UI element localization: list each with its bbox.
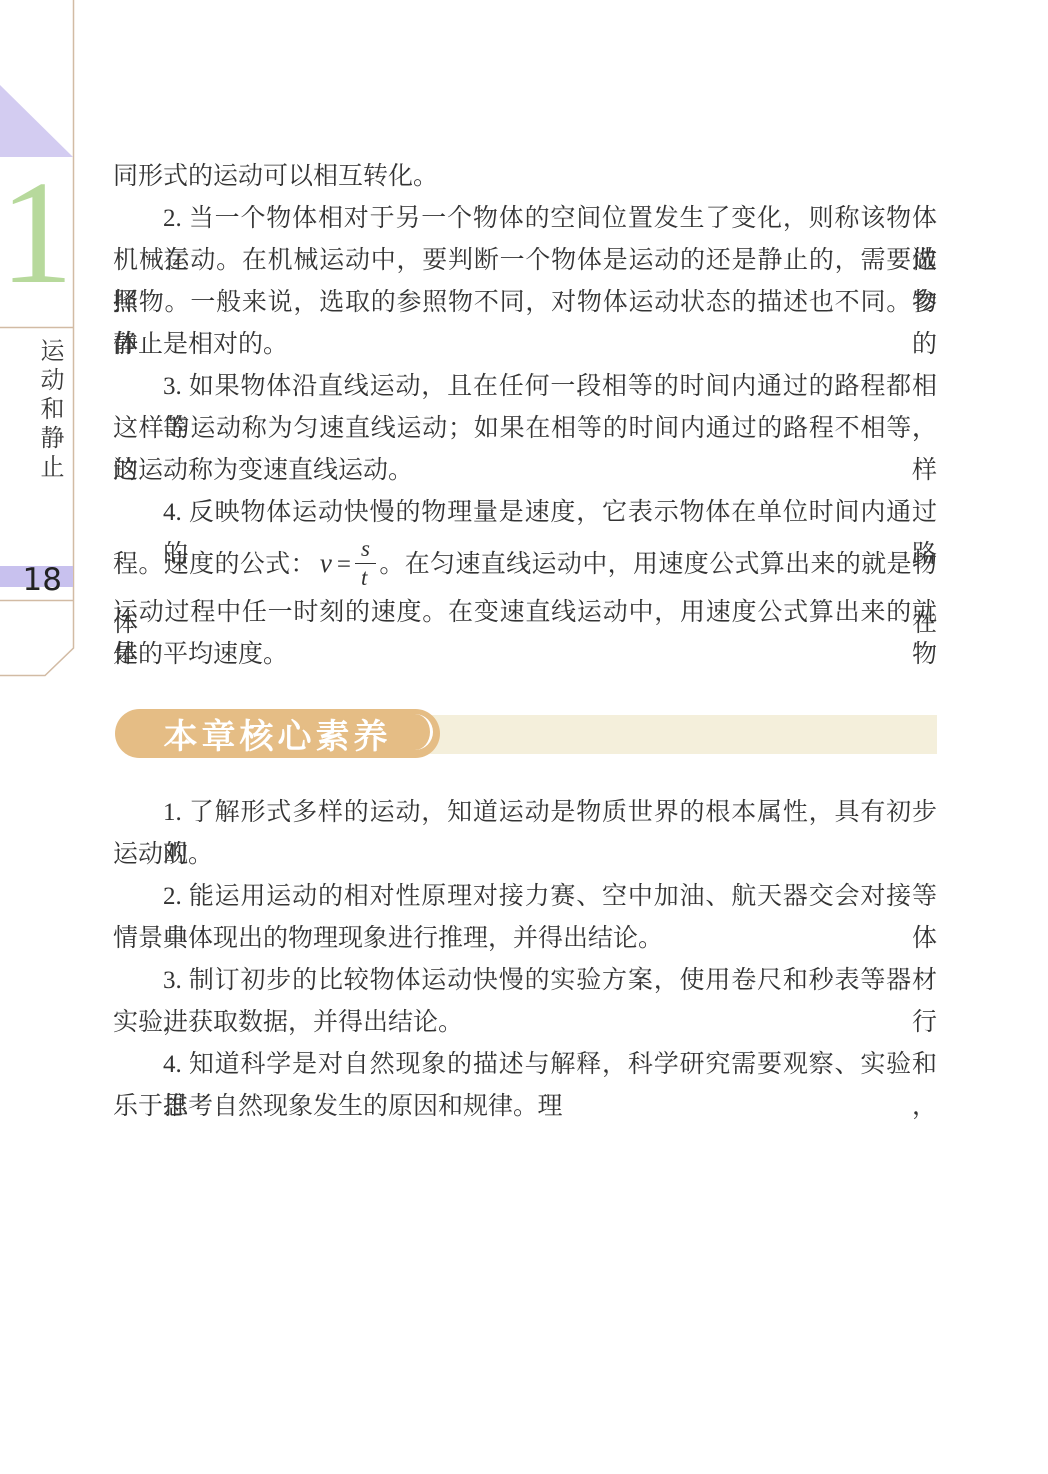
- list-item-line: 2. 能运用运动的相对性原理对接力赛、空中加油、航天器交会对接等具体: [113, 876, 937, 918]
- fraction-numerator: s: [355, 538, 376, 564]
- page-number: 18: [0, 563, 62, 597]
- formula-fraction: st: [355, 538, 376, 589]
- list-item-line: 4. 知道科学是对自然现象的描述与解释，科学研究需要观察、实验和推理，: [113, 1044, 937, 1086]
- chapter-title-text: 运动和静止: [32, 338, 67, 498]
- formula-pre-text: 程。速度的公式：: [113, 551, 316, 578]
- paragraph-line: 照物。一般来说，选取的参照物不同，对物体运动状态的描述也不同。物体的: [113, 282, 937, 324]
- formula-equals: =: [337, 551, 351, 578]
- paragraph-line: 3. 如果物体沿直线运动，且在任何一段相等的时间内通过的路程都相等，: [113, 366, 937, 408]
- paragraph-line: 这样的运动称为匀速直线运动；如果在相等的时间内通过的路程不相等，这样: [113, 408, 937, 450]
- paragraph-line: 2. 当一个物体相对于另一个物体的空间位置发生了变化，则称该物体在做: [113, 198, 937, 240]
- banner-arc-decoration: [375, 714, 433, 750]
- chapter-title-vertical: 运动和静止: [0, 338, 73, 498]
- paragraph-line-formula: 程。速度的公式：v=st。在匀速直线运动中，用速度公式算出来的就是物体在: [113, 534, 937, 592]
- paragraph-line: 4. 反映物体运动快慢的物理量是速度，它表示物体在单位时间内通过的路: [113, 492, 937, 534]
- paragraph-line: 机械运动。在机械运动中，要判断一个物体是运动的还是静止的，需要选择参: [113, 240, 937, 282]
- list-item-line: 1. 了解形式多样的运动，知道运动是物质世界的根本属性，具有初步的: [113, 792, 937, 834]
- textbook-page: { "sidebar": { "chapter_number": "1", "c…: [0, 0, 1048, 1474]
- list-item-line: 运动观。: [113, 834, 937, 876]
- list-item-line: 3. 制订初步的比较物体运动快慢的实验方案，使用卷尺和秒表等器材进行: [113, 960, 937, 1002]
- fraction-denominator: t: [355, 564, 376, 589]
- section-banner: 本章核心素养: [115, 709, 440, 758]
- paragraph-line: 同形式的运动可以相互转化。: [113, 156, 937, 198]
- competency-list: 1. 了解形式多样的运动，知道运动是物质世界的根本属性，具有初步的 运动观。 2…: [113, 792, 937, 1128]
- paragraph-line: 运动过程中任一时刻的速度。在变速直线运动中，用速度公式算出来的就是物: [113, 592, 937, 634]
- summary-text-block: 同形式的运动可以相互转化。 2. 当一个物体相对于另一个物体的空间位置发生了变化…: [113, 156, 937, 676]
- chapter-number: 1: [0, 158, 73, 308]
- formula-variable: v: [320, 548, 332, 578]
- chapter-number-digit: 1: [0, 159, 74, 307]
